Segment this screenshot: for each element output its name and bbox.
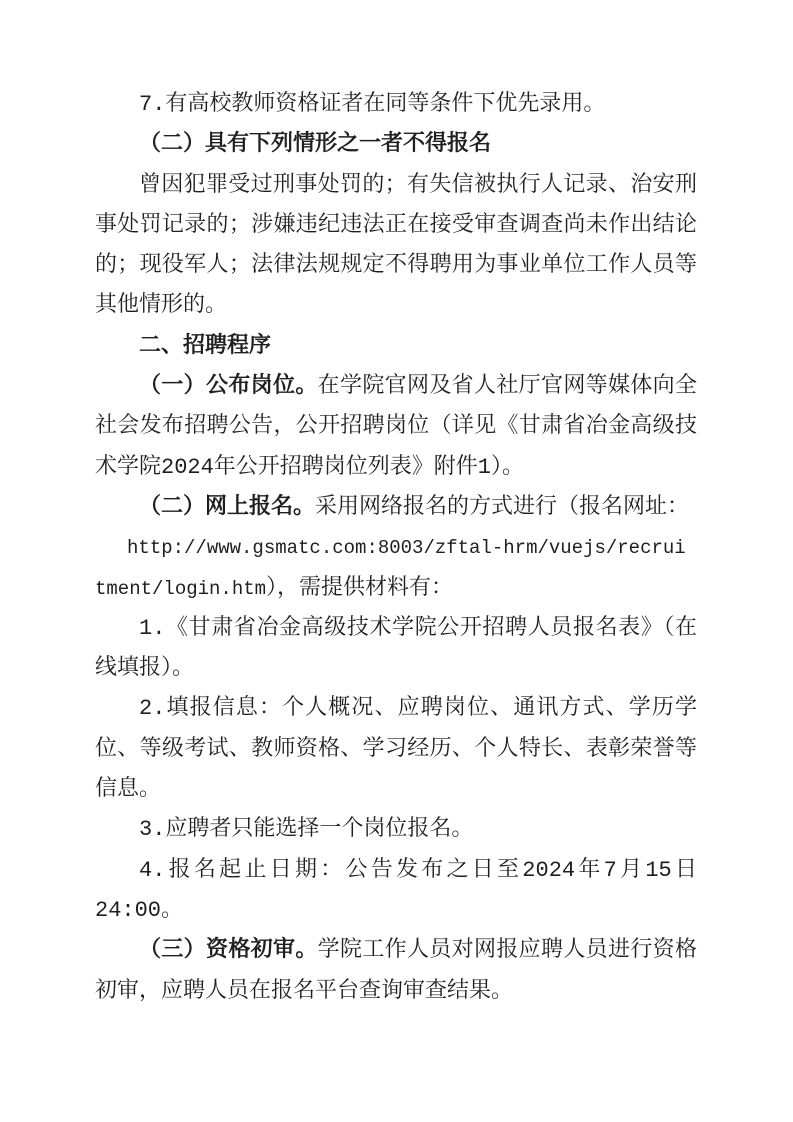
publish-positions-label: （一）公布岗位。 [139, 374, 318, 399]
material-item-3-text: 3.应聘者只能选择一个岗位报名。 [139, 817, 473, 842]
paragraph-registration-url: http://www.gsmatc.com:8003/zftal-hrm/vue… [95, 528, 697, 609]
paragraph-qualification-review: （三）资格初审。学院工作人员对网报应聘人员进行资格初审，应聘人员在报名平台查询审… [95, 931, 697, 1012]
material-item-4-text: 4.报名起止日期：公告发布之日至2024年7月15日24:00。 [95, 858, 697, 923]
document-content: 7.有高校教师资格证者在同等条件下优先录用。 （二）具有下列情形之一者不得报名 … [95, 85, 697, 1012]
paragraph-online-registration: （二）网上报名。采用网络报名的方式进行（报名网址： [95, 488, 697, 528]
disqualification-body-text: 曾因犯罪受过刑事处罚的；有失信被执行人记录、治安刑事处罚记录的；涉嫌违纪违法正在… [95, 173, 697, 319]
online-registration-text: 采用网络报名的方式进行（报名网址： [315, 495, 689, 520]
material-item-1-text: 1.《甘肃省冶金高级技术学院公开招聘人员报名表》（在线填报）。 [95, 616, 697, 681]
paragraph-section-2-heading: 二、招聘程序 [95, 327, 697, 367]
online-registration-label: （二）网上报名。 [139, 495, 315, 520]
subheading-disqualification-text: （二）具有下列情形之一者不得报名 [139, 132, 491, 157]
clause-7-text: 7.有高校教师资格证者在同等条件下优先录用。 [139, 92, 605, 117]
paragraph-clause-7: 7.有高校教师资格证者在同等条件下优先录用。 [95, 85, 697, 125]
paragraph-material-item-1: 1.《甘肃省冶金高级技术学院公开招聘人员报名表》（在线填报）。 [95, 609, 697, 690]
paragraph-subheading-disqualification: （二）具有下列情形之一者不得报名 [95, 125, 697, 165]
paragraph-material-item-2: 2.填报信息：个人概况、应聘岗位、通讯方式、学历学位、等级考试、教师资格、学习经… [95, 689, 697, 810]
paragraph-material-item-4: 4.报名起止日期：公告发布之日至2024年7月15日24:00。 [95, 851, 697, 932]
material-item-2-text: 2.填报信息：个人概况、应聘岗位、通讯方式、学历学位、等级考试、教师资格、学习经… [95, 696, 697, 802]
paragraph-publish-positions: （一）公布岗位。在学院官网及省人社厅官网等媒体向全社会发布招聘公告，公开招聘岗位… [95, 367, 697, 488]
paragraph-material-item-3: 3.应聘者只能选择一个岗位报名。 [95, 810, 697, 850]
section-2-heading-text: 二、招聘程序 [139, 334, 271, 359]
qualification-review-label: （三）资格初审。 [139, 938, 318, 963]
paragraph-disqualification-body: 曾因犯罪受过刑事处罚的；有失信被执行人记录、治安刑事处罚记录的；涉嫌违纪违法正在… [95, 166, 697, 327]
document-page: 7.有高校教师资格证者在同等条件下优先录用。 （二）具有下列情形之一者不得报名 … [0, 0, 793, 1122]
registration-url-tail-text: ），需提供材料有： [266, 576, 453, 601]
